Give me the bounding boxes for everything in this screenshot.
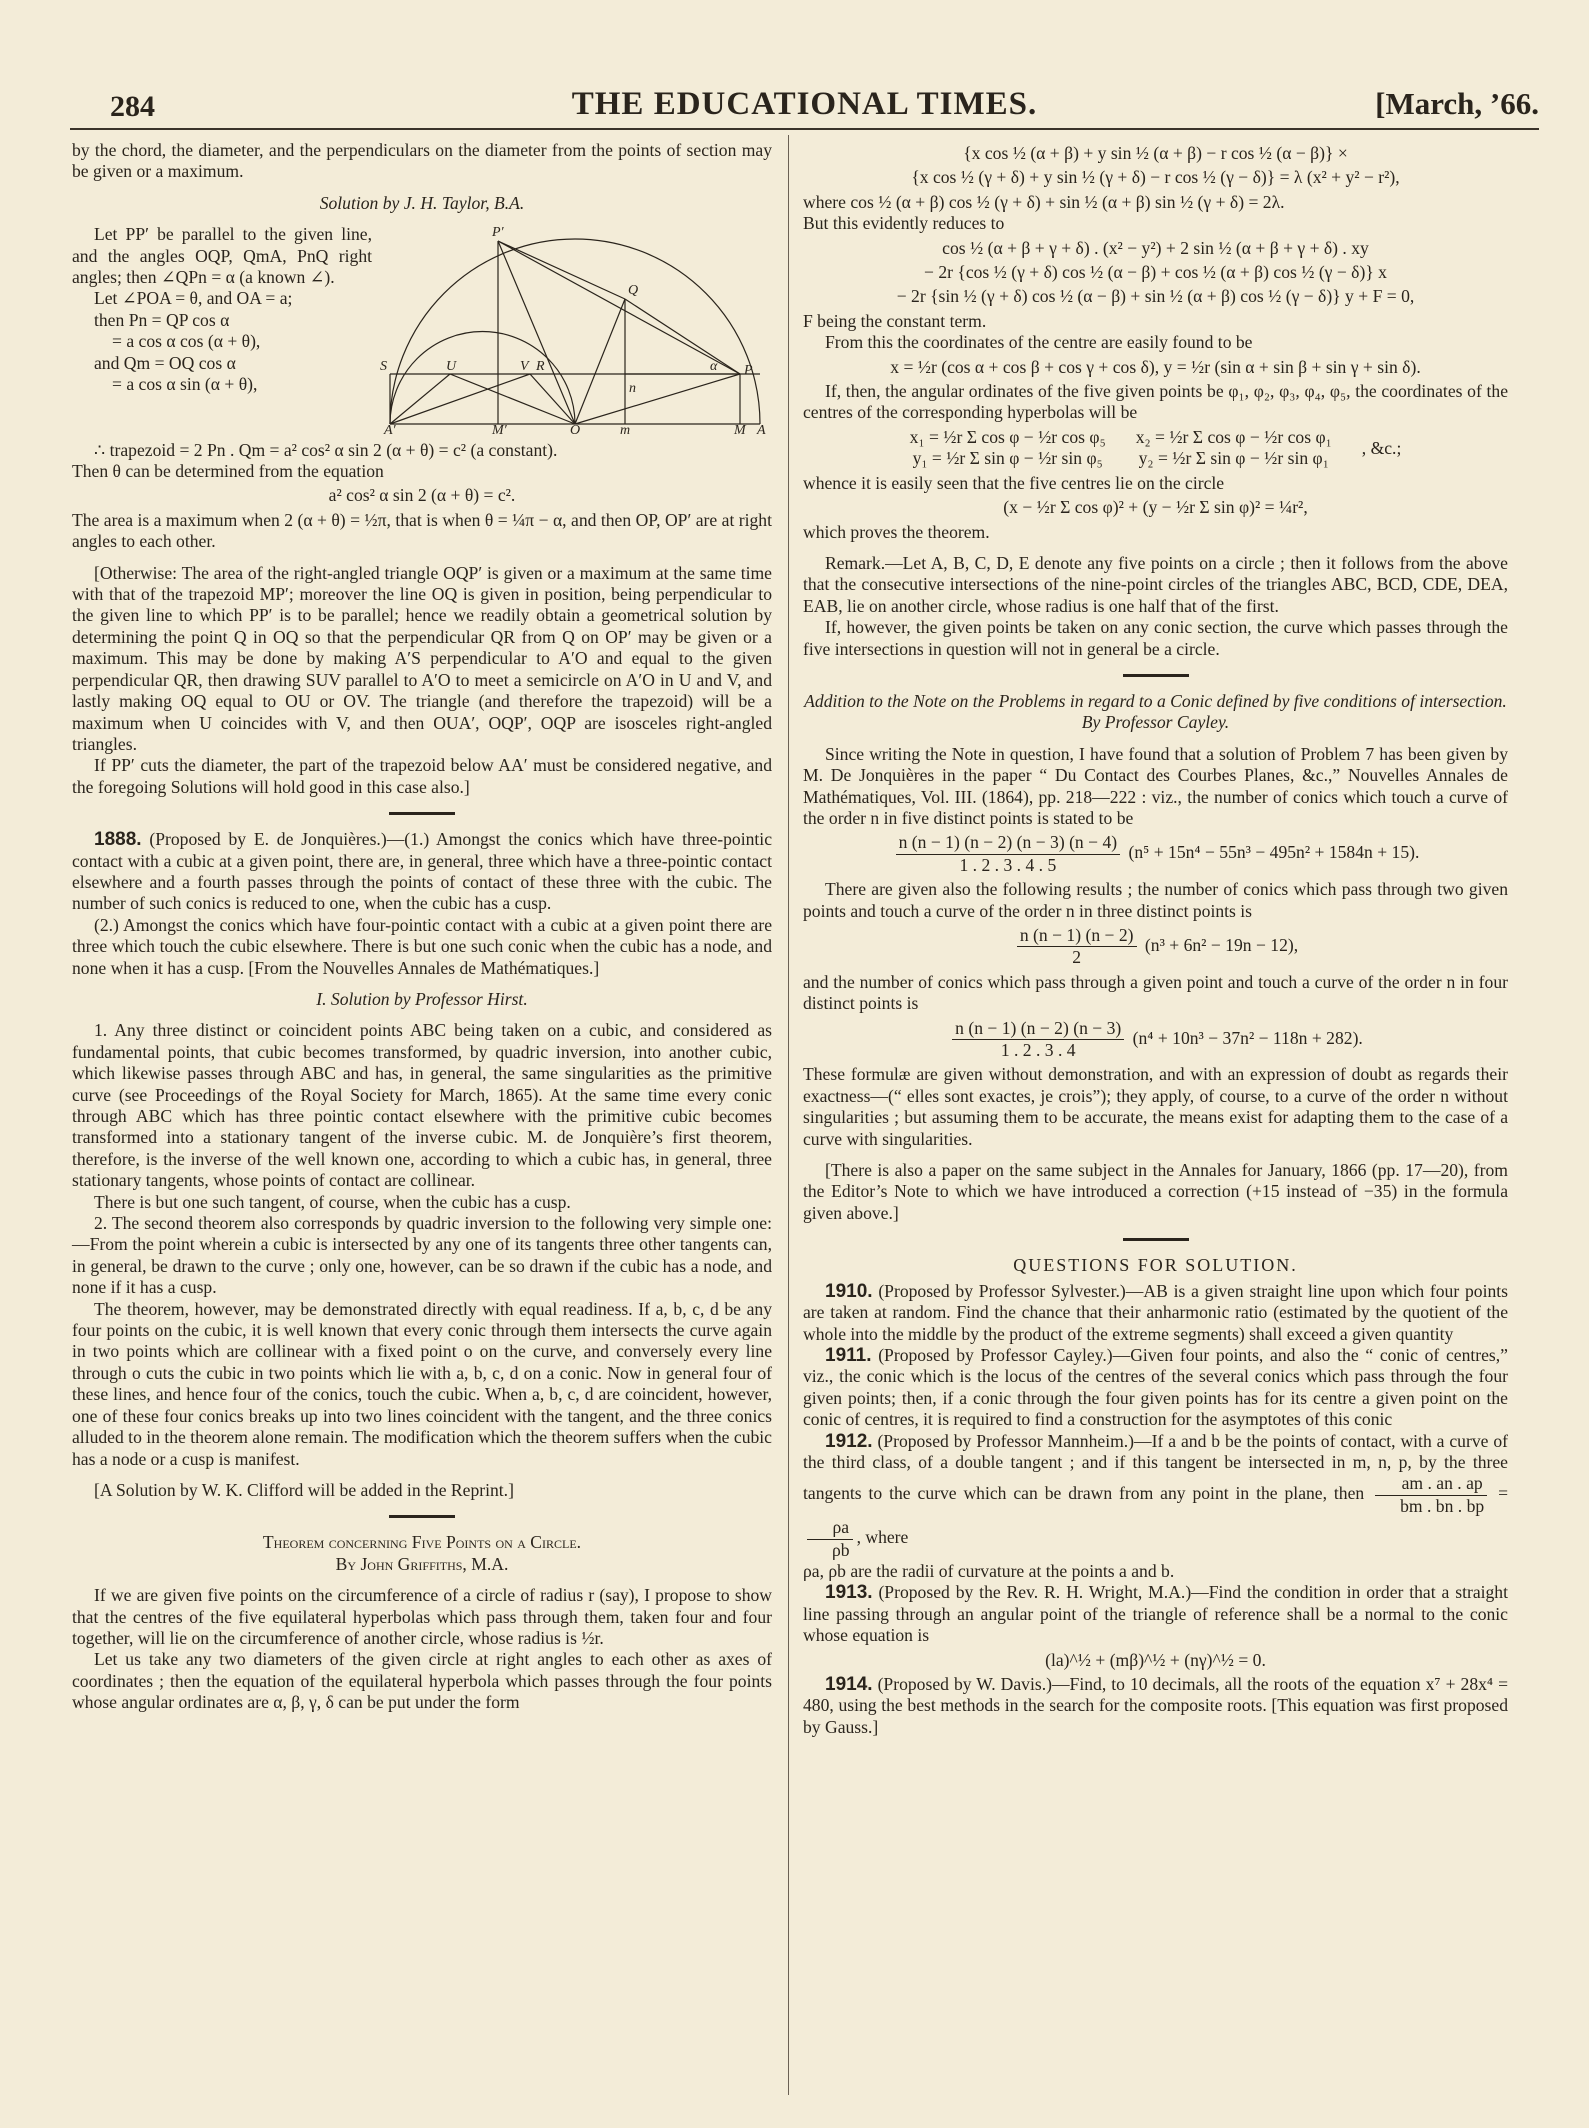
whence-line: whence it is easily seen that the five c…	[803, 473, 1508, 494]
where-line: where cos ½ (α + β) cos ½ (γ + δ) + sin …	[803, 192, 1508, 213]
formula-1: n (n − 1) (n − 2) (n − 3) (n − 4)1 . 2 .…	[803, 832, 1508, 876]
centre-equation: x = ½r (cos α + cos β + cos γ + cos δ), …	[803, 357, 1508, 378]
label-a-prime: A′	[383, 423, 397, 434]
label-r: R	[535, 359, 545, 374]
publication-title: THE EDUCATIONAL TIMES.	[70, 86, 1539, 123]
geometry-figure: P′ Q S U V R n α P A′ M′ O m M A	[380, 224, 772, 439]
hirst-paragraph-1: 1. Any three distinct or coincident poin…	[72, 1020, 772, 1191]
semicircle-diagram: P′ Q S U V R n α P A′ M′ O m M A	[380, 224, 770, 434]
proves-line: which proves the theorem.	[803, 522, 1508, 543]
otherwise-paragraph: [Otherwise: The area of the right-angled…	[72, 563, 772, 756]
label-m-prime: M′	[491, 423, 508, 434]
from-this-line: From this the coordinates of the centre …	[803, 332, 1508, 353]
label-alpha: α	[710, 359, 718, 374]
intro-text: by the chord, the diameter, and the perp…	[72, 140, 772, 183]
if-pp-paragraph: If PP′ cuts the diameter, the part of th…	[72, 755, 772, 798]
theorem-paragraph-2: Let us take any two diameters of the giv…	[72, 1649, 772, 1713]
solution-heading: Solution by J. H. Taylor, B.A.	[72, 193, 772, 214]
formula-2: n (n − 1) (n − 2)2 (n³ + 6n² − 19n − 12)…	[803, 925, 1508, 969]
theorem-title: Theorem concerning Five Points on a Circ…	[72, 1532, 772, 1553]
label-o: O	[570, 423, 580, 434]
centre-coordinates: x₁ = ½r Σ cos φ − ½r cos φ₅y₁ = ½r Σ sin…	[803, 427, 1508, 470]
question-1914: 1914. (Proposed by W. Davis.)—Find, to 1…	[803, 1674, 1508, 1738]
however-paragraph: If, however, the given points be taken o…	[803, 617, 1508, 660]
reduces-line: But this evidently reduces to	[803, 213, 1508, 234]
label-m: m	[620, 423, 630, 434]
newspaper-page: 284 THE EDUCATIONAL TIMES. [March, ’66. …	[0, 0, 1589, 2128]
question-1911: 1911. (Proposed by Professor Cayley.)—Gi…	[803, 1345, 1508, 1431]
label-v: V	[520, 359, 530, 374]
question-1912-tail: ρa, ρb are the radii of curvature at the…	[803, 1561, 1508, 1582]
issue-date: [March, ’66.	[1375, 86, 1539, 122]
circle-equation: (x − ½r Σ cos φ)² + (y − ½r Σ sin φ)² = …	[803, 497, 1508, 518]
f-constant: F being the constant term.	[803, 311, 1508, 332]
fig-text-4: = a cos α cos (α + θ),	[72, 331, 372, 352]
column-divider	[788, 135, 789, 2095]
fig-text-5: and Qm = OQ cos α	[72, 353, 372, 374]
theorem-author: By John Griffiths, M.A.	[72, 1554, 772, 1575]
label-a: A	[756, 423, 766, 434]
if-then-paragraph: If, then, the angular ordinates of the f…	[803, 381, 1508, 424]
addition-paragraph-2: There are given also the following resul…	[803, 879, 1508, 922]
addition-title: Addition to the Note on the Problems in …	[803, 691, 1508, 734]
page-header: 284 THE EDUCATIONAL TIMES. [March, ’66.	[70, 78, 1539, 130]
equation-2a: cos ½ (α + β + γ + δ) . (x² − y²) + 2 si…	[803, 238, 1508, 259]
equation-1b: {x cos ½ (γ + δ) + y sin ½ (γ + δ) − r c…	[803, 167, 1508, 188]
theta-equation: a² cos² α sin 2 (α + θ) = c².	[72, 485, 772, 506]
left-column: by the chord, the diameter, and the perp…	[72, 140, 772, 1714]
formula-3: n (n − 1) (n − 2) (n − 3)1 . 2 . 3 . 4 (…	[803, 1018, 1508, 1062]
question-1913: 1913. (Proposed by the Rev. R. H. Wright…	[803, 1582, 1508, 1646]
label-u: U	[446, 359, 457, 374]
equation-1a: {x cos ½ (α + β) + y sin ½ (α + β) − r c…	[803, 143, 1508, 164]
fig-text-1: Let PP′ be parallel to the given line, a…	[72, 224, 372, 288]
then-theta: Then θ can be determined from the equati…	[72, 461, 772, 482]
question-number: 1888.	[94, 829, 142, 850]
label-p-prime: P′	[491, 225, 505, 240]
theorem-paragraph-1: If we are given five points on the circu…	[72, 1585, 772, 1649]
trapezoid-line: ∴ trapezoid = 2 Pn . Qm = a² cos² α sin …	[72, 440, 772, 461]
addition-paragraph-3: and the number of conics which pass thro…	[803, 972, 1508, 1015]
label-n: n	[629, 381, 636, 396]
hirst-solution-heading: I. Solution by Professor Hirst.	[72, 989, 772, 1010]
label-big-m: M	[733, 423, 747, 434]
fig-text-6: = a cos α sin (α + θ),	[72, 374, 372, 395]
label-s: S	[380, 359, 387, 374]
addition-paragraph-4: These formulæ are given without demonstr…	[803, 1064, 1508, 1150]
section-rule-2	[389, 1515, 455, 1518]
figure-block: Let PP′ be parallel to the given line, a…	[72, 224, 772, 439]
hirst-paragraph-2: There is but one such tangent, of course…	[72, 1192, 772, 1213]
equation-2b: − 2r {cos ½ (γ + δ) cos ½ (α − β) + cos …	[803, 262, 1508, 283]
hirst-paragraph-4: The theorem, however, may be demonstrate…	[72, 1299, 772, 1470]
remark-paragraph: Remark.—Let A, B, C, D, E denote any fiv…	[803, 553, 1508, 617]
hirst-paragraph-3: 2. The second theorem also corresponds b…	[72, 1213, 772, 1299]
fig-text-3: then Pn = QP cos α	[72, 310, 372, 331]
question-1913-equation: (la)^½ + (mβ)^½ + (nγ)^½ = 0.	[803, 1650, 1508, 1671]
questions-heading: QUESTIONS FOR SOLUTION.	[803, 1255, 1508, 1276]
question-1888-part2: (2.) Amongst the conics which have four-…	[72, 915, 772, 979]
equation-2c: − 2r {sin ½ (γ + δ) cos ½ (α − β) + sin …	[803, 286, 1508, 307]
clifford-note: [A Solution by W. K. Clifford will be ad…	[72, 1480, 772, 1501]
figure-text: Let PP′ be parallel to the given line, a…	[72, 224, 372, 439]
addition-paragraph-5: [There is also a paper on the same subje…	[803, 1160, 1508, 1224]
addition-paragraph-1: Since writing the Note in question, I ha…	[803, 744, 1508, 830]
section-rule	[389, 812, 455, 815]
area-maximum: The area is a maximum when 2 (α + θ) = ½…	[72, 510, 772, 553]
label-p: P	[743, 363, 753, 378]
question-1888: 1888. (Proposed by E. de Jonquières.)—(1…	[72, 829, 772, 915]
label-q: Q	[628, 283, 638, 298]
section-rule-3	[1123, 674, 1189, 677]
right-column: {x cos ½ (α + β) + y sin ½ (α + β) − r c…	[803, 140, 1508, 1738]
question-1910: 1910. (Proposed by Professor Sylvester.)…	[803, 1281, 1508, 1345]
question-1912: 1912. (Proposed by Professor Mannheim.)—…	[803, 1431, 1508, 1561]
fig-text-2: Let ∠POA = θ, and OA = a;	[72, 288, 372, 309]
section-rule-4	[1123, 1238, 1189, 1241]
